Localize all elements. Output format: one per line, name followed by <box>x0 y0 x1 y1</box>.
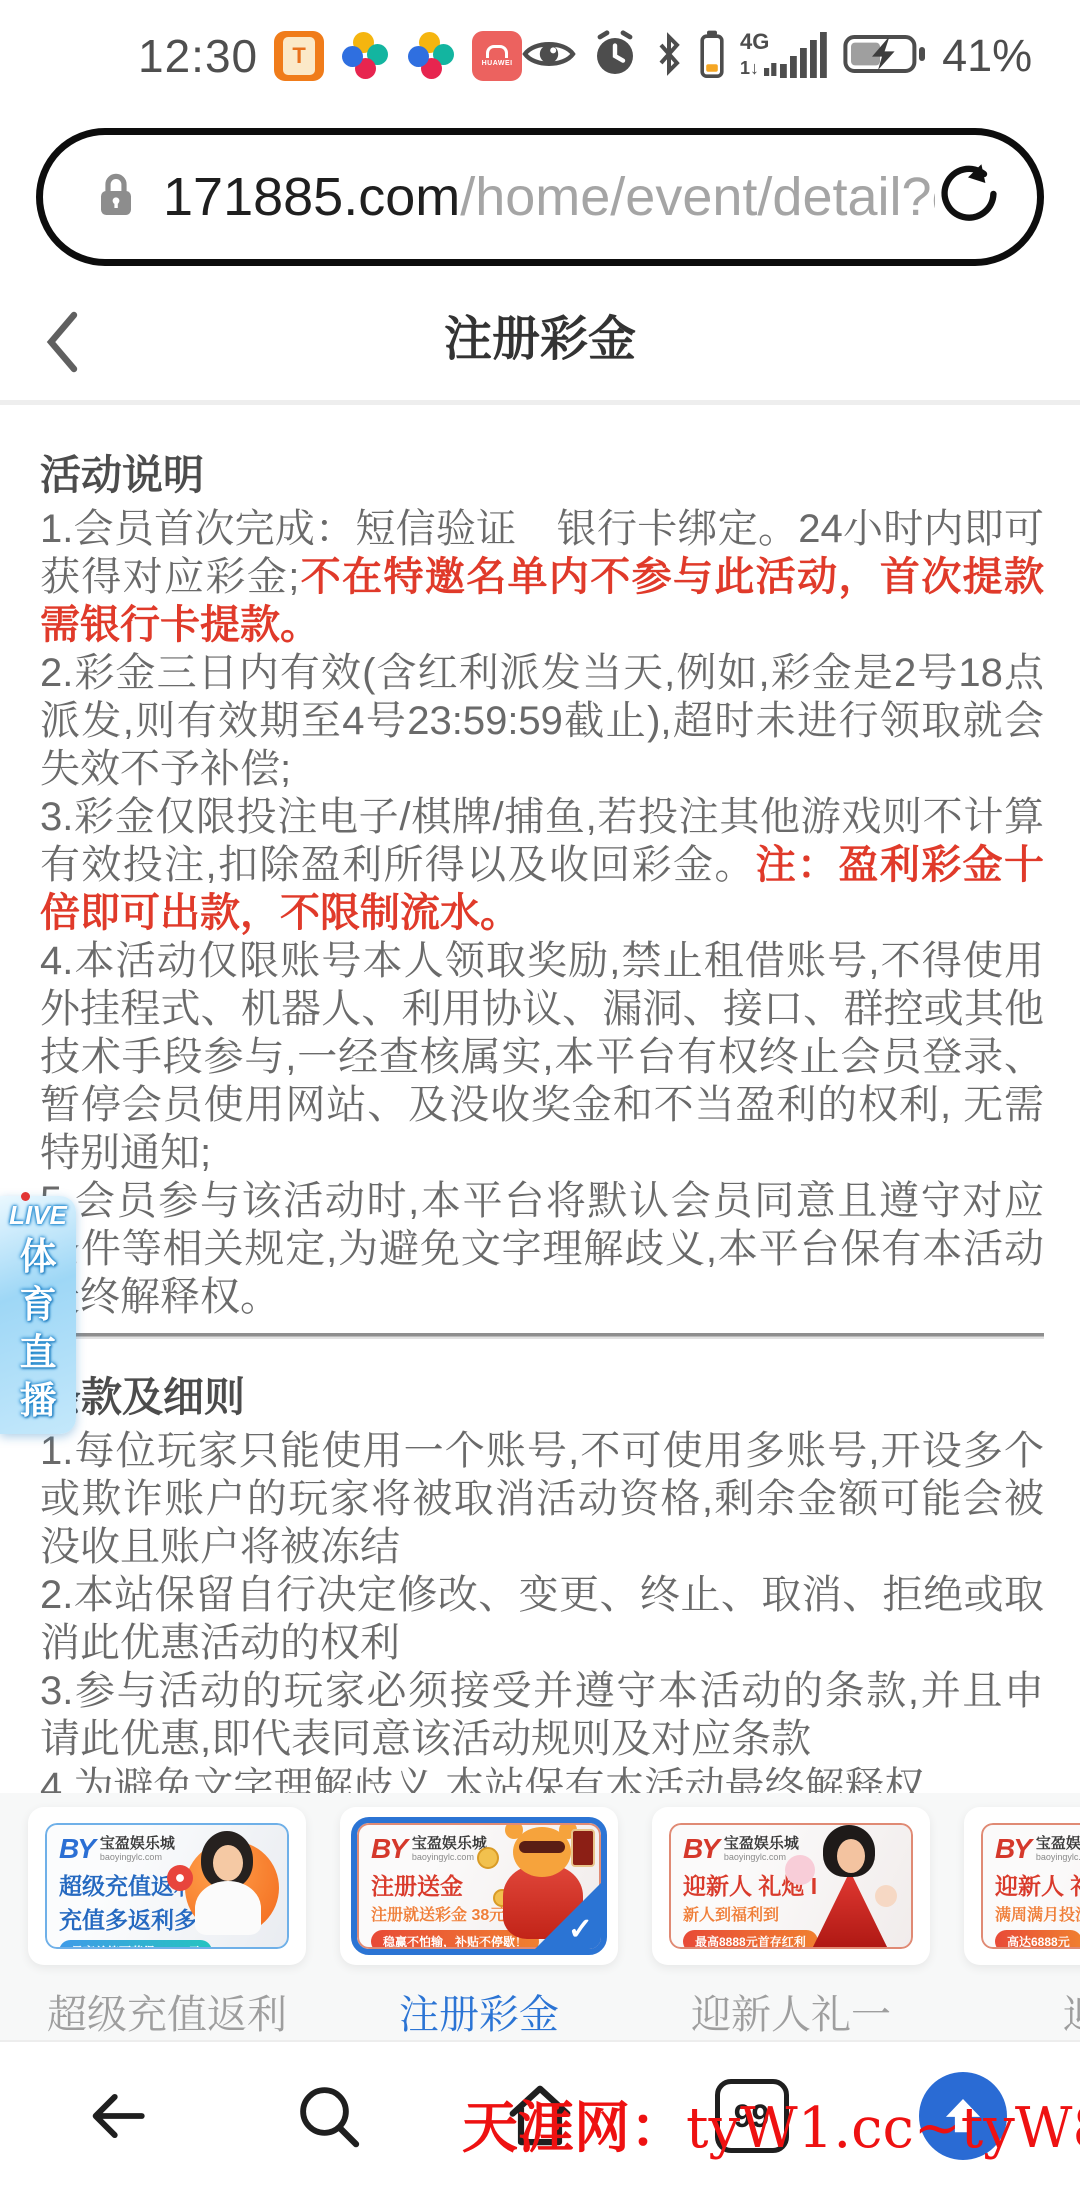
promo-banner: BY宝盈娱乐城baoyingylc.com迎新人 礼炮 II满周满月投注领好礼高… <box>981 1823 1080 1949</box>
battery-percent: 41% <box>942 30 1032 82</box>
sports-live-float-badge[interactable]: LIVE 体育直播 <box>0 1196 76 1434</box>
refresh-icon[interactable] <box>935 161 1003 234</box>
activity-item: 3.彩金仅限投注电子/棋牌/捕鱼,若投注其他游戏则不计算有效投注,扣除盈利所得以… <box>40 793 1044 937</box>
brand-logo: BY <box>683 1833 718 1865</box>
terms-item: 2.本站保留自行决定修改、变更、终止、取消、拒绝或取消此优惠活动的权利 <box>40 1571 1044 1667</box>
huawei-appgallery-icon: HUAWEI <box>472 31 522 81</box>
promo-card[interactable]: BY宝盈娱乐城baoyingylc.com迎新人 礼炮 I新人到福利到最高888… <box>652 1807 930 2040</box>
live-vertical-text: 体育直播 <box>20 1233 57 1425</box>
browser-address-bar[interactable]: 171885.com/home/event/detail?cu <box>36 128 1044 266</box>
url-text[interactable]: 171885.com/home/event/detail?cu <box>163 166 935 228</box>
lock-icon <box>95 170 137 225</box>
nav-tabs-button[interactable]: 99 <box>707 2071 797 2161</box>
brand-name: 宝盈娱乐城 <box>412 1836 487 1852</box>
promo-banner: BY宝盈娱乐城baoyingylc.com超级充值返利充值多返利多最高单笔可获得… <box>45 1823 289 1949</box>
event-detail-content: 活动说明 1.会员首次完成：短信验证 银行卡绑定。24小时内即可获得对应彩金;不… <box>40 405 1044 1811</box>
activity-item: 5.会员参与该活动时,本平台将默认会员同意且遵守对应条件等相关规定,为避免文字理… <box>40 1177 1044 1321</box>
banner-title: 注册送金 <box>371 1868 599 1901</box>
promo-card-frame: BY宝盈娱乐城baoyingylc.com迎新人 礼炮 II满周满月投注领好礼高… <box>964 1807 1080 1965</box>
brand-logo: BY <box>59 1833 94 1865</box>
pinwheel-app-icon <box>406 31 456 81</box>
status-bar: 12:30 T HUAWEI 4G 1↓ <box>0 0 1080 112</box>
svg-text:1↓: 1↓ <box>740 58 759 78</box>
banner-subtitle: 满周满月投注领好礼 <box>995 1902 1080 1925</box>
promo-card[interactable]: BY宝盈娱乐城baoyingylc.com超级充值返利充值多返利多最高单笔可获得… <box>28 1807 306 2040</box>
url-path: /home/event/detail?cu <box>460 167 935 227</box>
brand-domain: baoyingylc.com <box>1036 1852 1080 1863</box>
terms-item: 1.每位玩家只能使用一个账号,不可使用多账号,开设多个或欺诈账户的玩家将被取消活… <box>40 1427 1044 1571</box>
nav-up-button[interactable] <box>918 2071 1008 2161</box>
brand-logo: BY <box>995 1833 1030 1865</box>
eye-comfort-icon <box>522 35 576 78</box>
banner-title: 迎新人 礼炮 II <box>995 1868 1080 1901</box>
promo-card-frame: BY宝盈娱乐城baoyingylc.com超级充值返利充值多返利多最高单笔可获得… <box>28 1807 306 1965</box>
tab-count-badge: 99 <box>715 2079 789 2153</box>
signal-4g-icon: 4G 1↓ <box>740 28 828 85</box>
browser-bottom-nav: 99 <box>0 2040 1080 2190</box>
terms-rules: 1.每位玩家只能使用一个账号,不可使用多账号,开设多个或欺诈账户的玩家将被取消活… <box>40 1427 1044 1811</box>
status-bar-right: 4G 1↓ 41% <box>522 28 1032 85</box>
brand-domain: baoyingylc.com <box>724 1852 799 1863</box>
banner-subtitle: 充值多返利多 <box>59 1902 287 1935</box>
promo-card[interactable]: BY宝盈娱乐城baoyingylc.com注册送金注册就送彩金 38元稳赢不怕输… <box>340 1807 618 2040</box>
clock-time: 12:30 <box>138 29 258 83</box>
battery-charging-icon <box>843 33 927 80</box>
brand-logo: BY <box>371 1833 406 1865</box>
nav-back-button[interactable] <box>72 2071 162 2161</box>
section-divider <box>40 1333 1044 1339</box>
up-arrow-icon <box>919 2072 1007 2160</box>
page-title: 注册彩金 <box>0 284 1080 396</box>
alarm-icon <box>591 30 639 83</box>
activity-rules: 1.会员首次完成：短信验证 银行卡绑定。24小时内即可获得对应彩金;不在特邀名单… <box>40 505 1044 1321</box>
brand-name: 宝盈娱乐城 <box>1036 1836 1080 1852</box>
status-bar-left: 12:30 T HUAWEI <box>138 29 522 83</box>
banner-title: 超级充值返利 <box>59 1868 287 1901</box>
banner-pill: 高达6888元 <box>995 1930 1080 1949</box>
promo-card[interactable]: BY宝盈娱乐城baoyingylc.com迎新人 礼炮 II满周满月投注领好礼高… <box>964 1807 1080 2040</box>
promo-caption: 迎新 <box>1063 1983 1080 2040</box>
bt-device-battery-icon <box>699 29 725 84</box>
red-packet-app-icon: T <box>274 31 324 81</box>
brand-domain: baoyingylc.com <box>412 1852 487 1863</box>
nav-search-button[interactable] <box>284 2071 374 2161</box>
activity-section-title: 活动说明 <box>40 451 1044 499</box>
pinwheel-app-icon <box>340 31 390 81</box>
promo-card-frame: BY宝盈娱乐城baoyingylc.com迎新人 礼炮 I新人到福利到最高888… <box>652 1807 930 1965</box>
banner-subtitle: 新人到福利到 <box>683 1902 911 1925</box>
promo-card-frame: BY宝盈娱乐城baoyingylc.com注册送金注册就送彩金 38元稳赢不怕输… <box>340 1807 618 1965</box>
phone-screen: 12:30 T HUAWEI 4G 1↓ <box>0 0 1080 2190</box>
promo-carousel[interactable]: BY宝盈娱乐城baoyingylc.com超级充值返利充值多返利多最高单笔可获得… <box>0 1793 1080 2040</box>
banner-pill: 最高8888元首存红利 <box>683 1930 818 1949</box>
nav-home-button[interactable] <box>495 2071 585 2161</box>
bluetooth-icon <box>654 30 684 83</box>
brand-name: 宝盈娱乐城 <box>100 1836 175 1852</box>
back-chevron-icon[interactable] <box>40 308 84 376</box>
svg-text:4G: 4G <box>740 29 769 54</box>
banner-pill: 最高单笔可获得30000元 <box>59 1940 212 1949</box>
terms-section-title: 条款及细则 <box>40 1373 1044 1421</box>
brand-domain: baoyingylc.com <box>100 1852 175 1863</box>
promo-banner: BY宝盈娱乐城baoyingylc.com迎新人 礼炮 I新人到福利到最高888… <box>669 1823 913 1949</box>
terms-item: 3.参与活动的玩家必须接受并遵守本活动的条款,并且申请此优惠,即代表同意该活动规… <box>40 1667 1044 1763</box>
promo-caption: 迎新人礼一 <box>691 1983 891 2040</box>
promo-caption: 超级充值返利 <box>47 1983 287 2040</box>
live-label: LIVE <box>9 1200 67 1231</box>
brand-name: 宝盈娱乐城 <box>724 1836 799 1852</box>
banner-pill: 稳赢不怕输，补贴不停歇！ <box>371 1930 539 1949</box>
activity-item: 4.本活动仅限账号本人领取奖励,禁止租借账号,不得使用外挂程式、机器人、利用协议… <box>40 937 1044 1177</box>
url-domain: 171885.com <box>163 167 460 227</box>
promo-caption: 注册彩金 <box>399 1983 559 2040</box>
activity-item: 2.彩金三日内有效(含红利派发当天,例如,彩金是2号18点派发,则有效期至4号2… <box>40 649 1044 793</box>
page-header: 注册彩金 <box>0 284 1080 405</box>
activity-item: 1.会员首次完成：短信验证 银行卡绑定。24小时内即可获得对应彩金;不在特邀名单… <box>40 505 1044 649</box>
banner-title: 迎新人 礼炮 I <box>683 1868 911 1901</box>
